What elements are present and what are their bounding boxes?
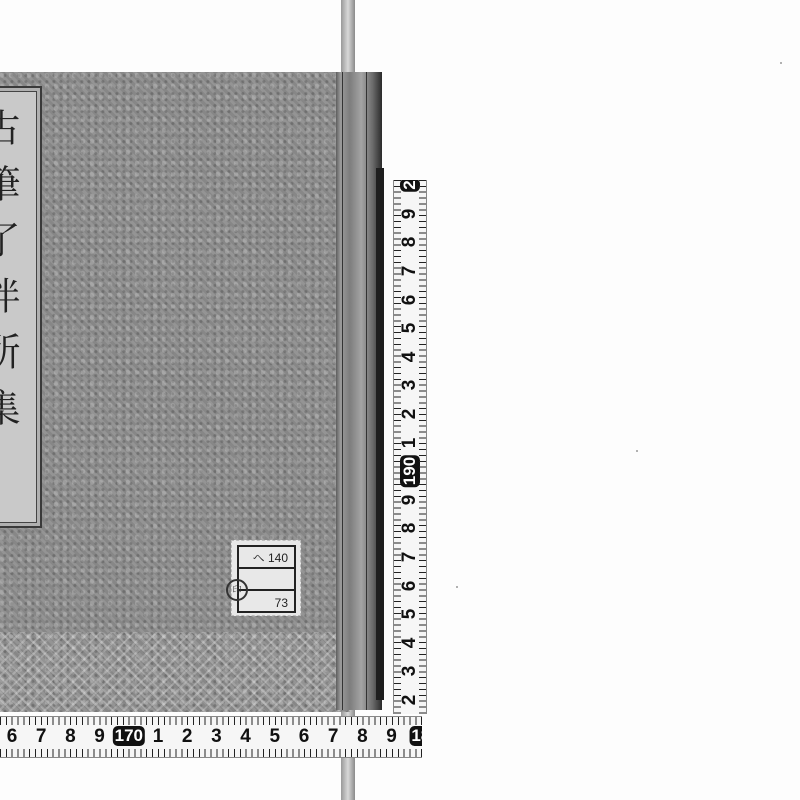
ruler-label: 170	[113, 726, 145, 746]
ruler-label: 3	[399, 380, 421, 391]
ruler-ticks	[419, 180, 426, 714]
ruler-label: 7	[328, 726, 339, 748]
dust-speck	[780, 62, 782, 64]
ruler-label: 5	[399, 609, 421, 620]
ruler-label: 2	[399, 409, 421, 420]
ruler-label: 8	[399, 237, 421, 248]
ruler-label: 9	[399, 495, 421, 506]
spine-line	[366, 72, 367, 710]
ruler-label: 8	[357, 726, 368, 748]
ruler-label: 6	[399, 294, 421, 305]
ruler-label: 5	[270, 726, 281, 748]
vertical-ruler: 234567891901234567892	[393, 180, 427, 714]
horizontal-ruler: 678917012345678918	[0, 716, 422, 758]
label-row-call-number: ヘ 140	[239, 547, 294, 569]
spine-line	[342, 72, 343, 710]
ruler-label: 3	[211, 726, 222, 748]
ruler-label: 190	[400, 455, 420, 487]
book-title: 古筆了伴所集	[0, 108, 26, 444]
volume-number: 73	[275, 596, 288, 610]
spine-shadow	[376, 168, 384, 700]
ruler-label: 2	[400, 180, 420, 192]
ruler-label: 4	[399, 352, 421, 363]
binding-string-top	[341, 0, 355, 76]
dust-speck	[456, 586, 458, 588]
dust-speck	[636, 450, 638, 452]
label-box: ヘ 140 73	[237, 545, 296, 613]
ruler-label: 7	[36, 726, 47, 748]
ruler-label: 2	[399, 695, 421, 706]
ruler-label: 4	[399, 638, 421, 649]
book-cover: 古筆了伴所集	[0, 72, 350, 712]
ruler-label: 1	[153, 726, 164, 748]
ruler-label: 6	[399, 580, 421, 591]
ruler-label: 9	[386, 726, 397, 748]
ruler-label: 8	[399, 523, 421, 534]
ruler-label: 9	[399, 209, 421, 220]
ruler-ticks	[0, 749, 422, 757]
ruler-label: 4	[240, 726, 251, 748]
ruler-numbers: 678917012345678918	[0, 726, 422, 748]
ruler-label: 9	[94, 726, 105, 748]
ruler-label: 5	[399, 323, 421, 334]
ruler-ticks	[0, 717, 422, 725]
ruler-label: 18	[409, 726, 422, 746]
ruler-label: 3	[399, 666, 421, 677]
ruler-label: 8	[65, 726, 76, 748]
ruler-label: 7	[399, 552, 421, 563]
call-number: ヘ 140	[253, 549, 288, 566]
ruler-label: 7	[399, 266, 421, 277]
title-slip: 古筆了伴所集	[0, 86, 42, 528]
seal-stamp-icon: 印	[226, 579, 248, 601]
ruler-label: 6	[299, 726, 310, 748]
ruler-label: 6	[7, 726, 18, 748]
cover-pattern	[0, 632, 350, 712]
ruler-label: 2	[182, 726, 193, 748]
label-row-volume: 73	[239, 591, 294, 611]
library-label: ヘ 140 73 印	[231, 540, 301, 616]
ruler-label: 1	[399, 437, 421, 448]
